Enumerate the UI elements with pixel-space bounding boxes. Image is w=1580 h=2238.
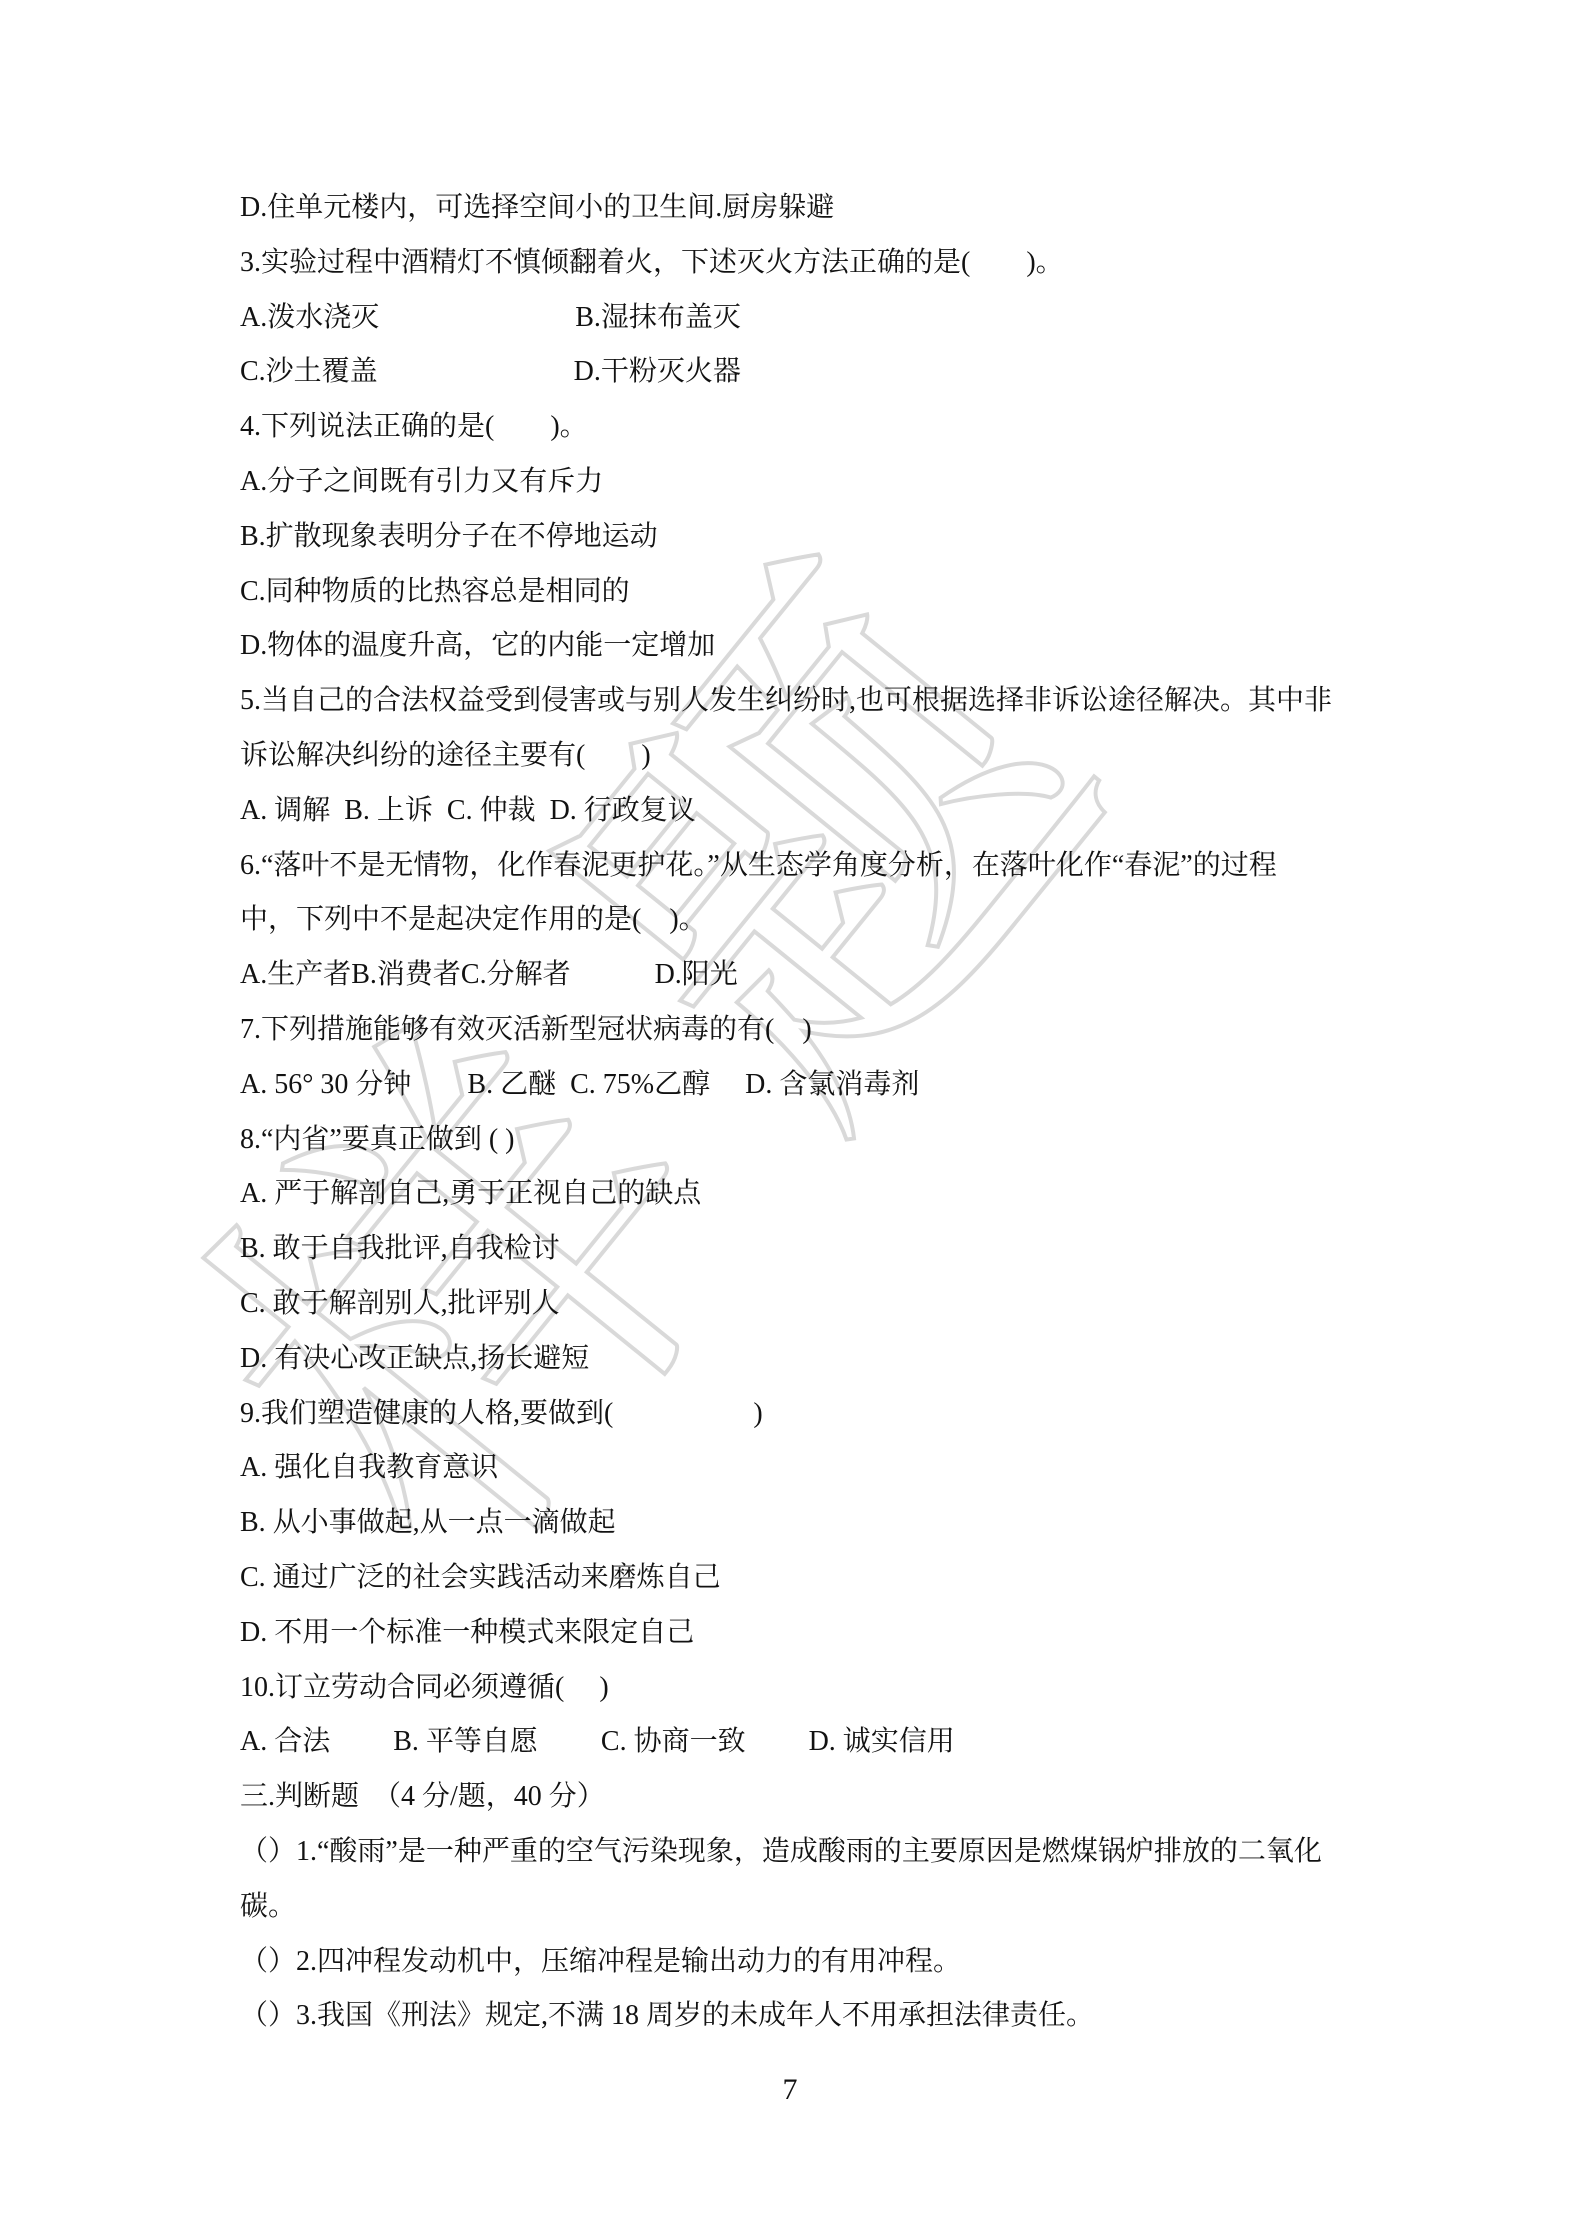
doc-line: 碳。 — [240, 1880, 1420, 1935]
doc-line: （）1.“酸雨”是一种严重的空气污染现象，造成酸雨的主要原因是燃煤锅炉排放的二氧… — [240, 1825, 1420, 1880]
doc-line: 5.当自己的合法权益受到侵害或与别人发生纠纷时,也可根据选择非诉讼途径解决。其中… — [240, 674, 1420, 729]
doc-line: D.住单元楼内，可选择空间小的卫生间.厨房躲避 — [240, 181, 1420, 236]
document-page: 样题 D.住单元楼内，可选择空间小的卫生间.厨房躲避 3.实验过程中酒精灯不慎倾… — [0, 0, 1580, 2238]
doc-line: A.分子之间既有引力又有斥力 — [240, 455, 1420, 510]
doc-line: 三.判断题 （4 分/题，40 分） — [240, 1770, 1420, 1825]
doc-line: 9.我们塑造健康的人格,要做到( ) — [240, 1387, 1420, 1442]
doc-line: （）2.四冲程发动机中，压缩冲程是输出动力的有用冲程。 — [240, 1935, 1420, 1990]
doc-line: A. 调解 B. 上诉 C. 仲裁 D. 行政复议 — [240, 784, 1420, 839]
doc-line: C. 敢于解剖别人,批评别人 — [240, 1277, 1420, 1332]
doc-line: A.生产者B.消费者C.分解者 D.阳光 — [240, 948, 1420, 1003]
doc-line: 3.实验过程中酒精灯不慎倾翻着火，下述灭火方法正确的是( )。 — [240, 236, 1420, 291]
exam-text-body: D.住单元楼内，可选择空间小的卫生间.厨房躲避 3.实验过程中酒精灯不慎倾翻着火… — [240, 181, 1420, 2044]
doc-line: 诉讼解决纠纷的途径主要有( ) — [240, 729, 1420, 784]
doc-line: 8.“内省”要真正做到 ( ) — [240, 1113, 1420, 1168]
page-number: 7 — [0, 2062, 1580, 2117]
doc-line: 6.“落叶不是无情物，化作春泥更护花。”从生态学角度分析，在落叶化作“春泥”的过… — [240, 839, 1420, 894]
doc-line: C.同种物质的比热容总是相同的 — [240, 565, 1420, 620]
doc-line: A. 合法 B. 平等自愿 C. 协商一致 D. 诚实信用 — [240, 1715, 1420, 1770]
doc-line: B. 从小事做起,从一点一滴做起 — [240, 1496, 1420, 1551]
doc-line: B.扩散现象表明分子在不停地运动 — [240, 510, 1420, 565]
doc-line: 7.下列措施能够有效灭活新型冠状病毒的有( ) — [240, 1003, 1420, 1058]
doc-line: 中，下列中不是起决定作用的是( )。 — [240, 893, 1420, 948]
doc-line: A. 强化自我教育意识 — [240, 1441, 1420, 1496]
doc-line: B. 敢于自我批评,自我检讨 — [240, 1222, 1420, 1277]
doc-line: A. 严于解剖自己,勇于正视自己的缺点 — [240, 1167, 1420, 1222]
doc-line: C. 通过广泛的社会实践活动来磨炼自己 — [240, 1551, 1420, 1606]
doc-line: D. 有决心改正缺点,扬长避短 — [240, 1332, 1420, 1387]
doc-line: A.泼水浇灭 B.湿抹布盖灭 — [240, 291, 1420, 346]
doc-line: D.物体的温度升高，它的内能一定增加 — [240, 619, 1420, 674]
doc-line: 4.下列说法正确的是( )。 — [240, 400, 1420, 455]
doc-line: C.沙土覆盖 D.干粉灭火器 — [240, 345, 1420, 400]
doc-line: A. 56° 30 分钟 B. 乙醚 C. 75%乙醇 D. 含氯消毒剂 — [240, 1058, 1420, 1113]
doc-line: D. 不用一个标准一种模式来限定自己 — [240, 1606, 1420, 1661]
doc-line: （）3.我国《刑法》规定,不满 18 周岁的未成年人不用承担法律责任。 — [240, 1989, 1420, 2044]
doc-line: 10.订立劳动合同必须遵循( ) — [240, 1661, 1420, 1716]
